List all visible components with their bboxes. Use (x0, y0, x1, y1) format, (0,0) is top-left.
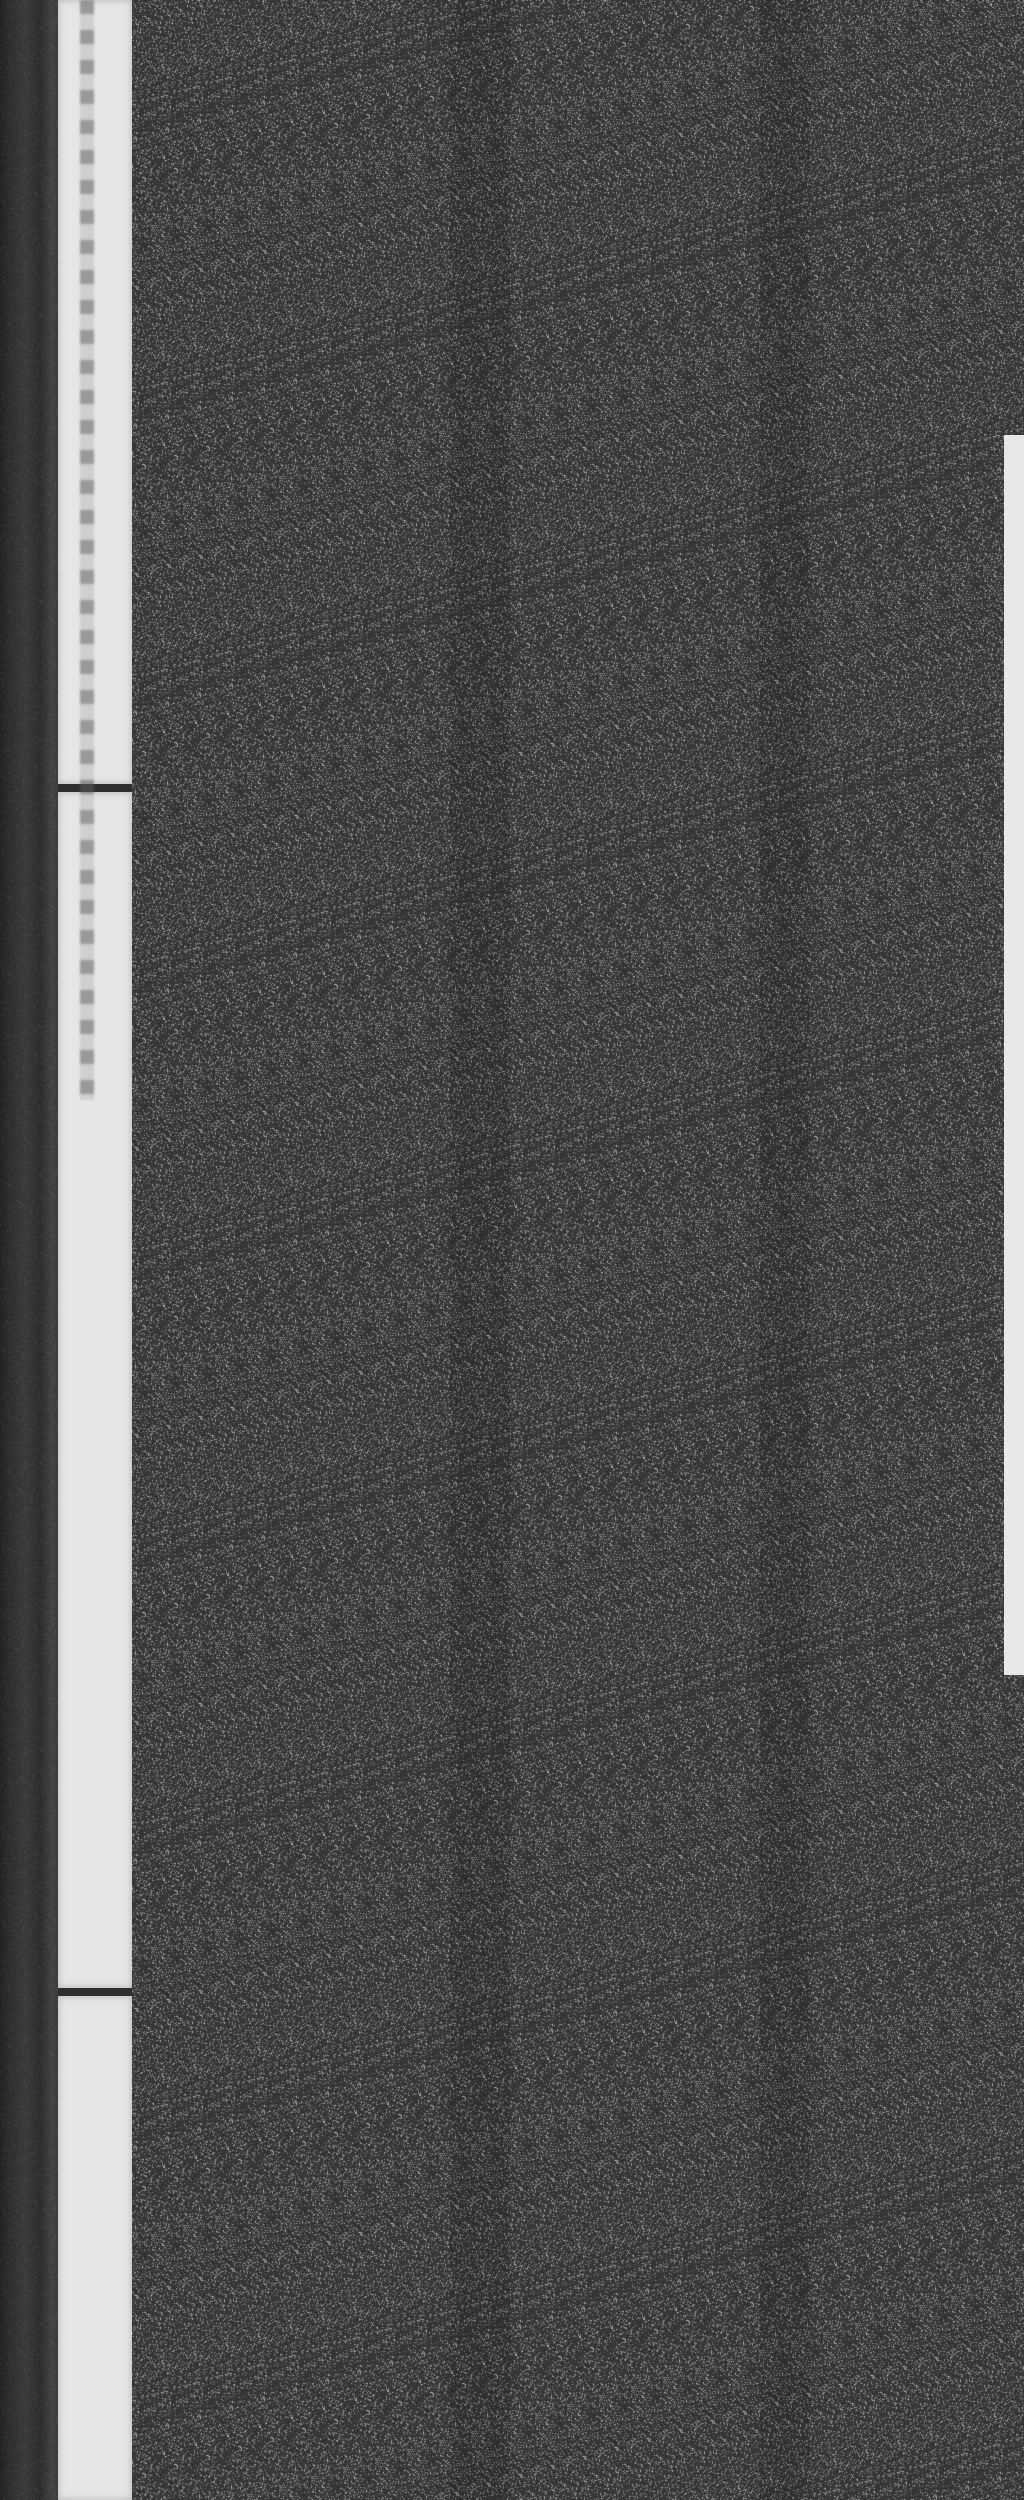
tire-track-band (760, 0, 810, 2500)
road-shoulder (0, 0, 58, 2500)
lane-dash (1004, 435, 1024, 1675)
road-photo (0, 0, 1024, 2500)
asphalt-texture (0, 0, 1024, 2500)
tire-track-band (450, 0, 510, 2500)
edge-line-segment (58, 1996, 132, 2500)
edge-line-crack (80, 0, 94, 1100)
edge-line-seam (58, 1988, 132, 1996)
edge-line-seam (58, 784, 132, 792)
edge-line-segment (58, 792, 132, 1988)
edge-line-segment (58, 0, 132, 784)
